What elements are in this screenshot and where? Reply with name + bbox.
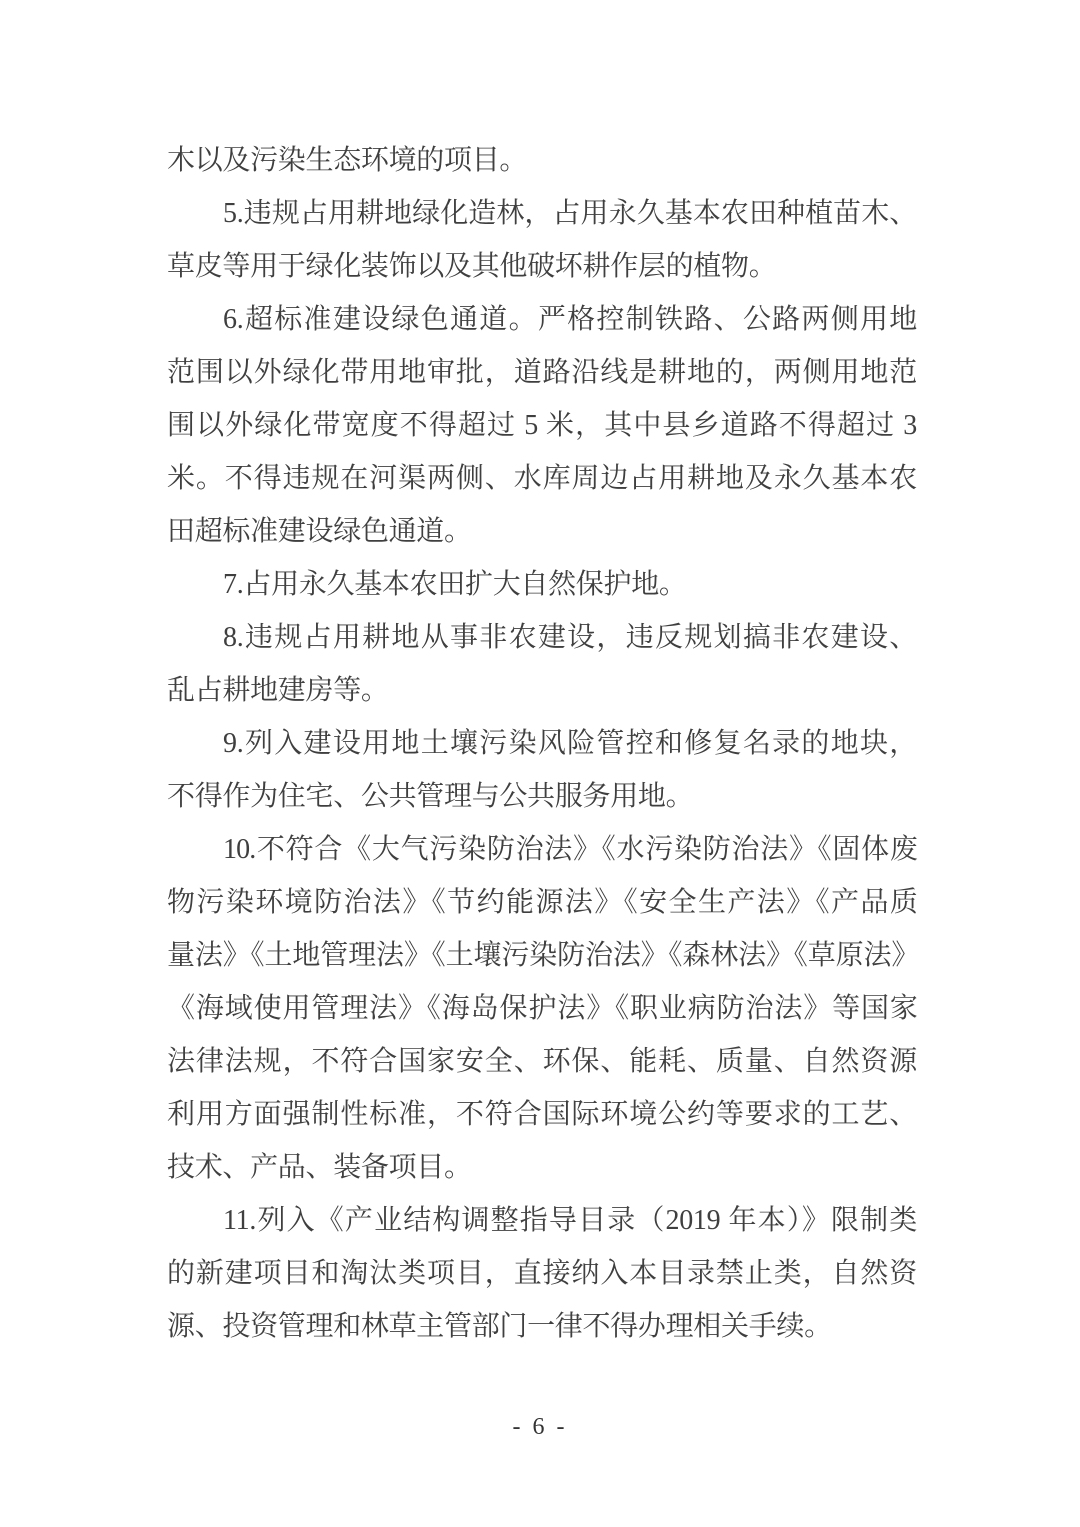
text-line: 源、投资管理和林草主管部门一律不得办理相关手续。 — [167, 1300, 917, 1353]
page-number: - 6 - — [0, 1404, 1080, 1450]
text-line: 物污染环境防治法》《节约能源法》《安全生产法》《产品质 — [167, 876, 917, 929]
text-line: 田超标准建设绿色通道。 — [167, 505, 917, 558]
document-body: 木以及污染生态环境的项目。5.违规占用耕地绿化造林，占用永久基本农田种植苗木、草… — [167, 134, 917, 1353]
text-line: 《海域使用管理法》《海岛保护法》《职业病防治法》等国家 — [167, 982, 917, 1035]
text-line: 的新建项目和淘汰类项目，直接纳入本目录禁止类，自然资 — [167, 1247, 917, 1300]
text-line: 7.占用永久基本农田扩大自然保护地。 — [167, 558, 917, 611]
text-line: 量法》《土地管理法》《土壤污染防治法》《森林法》《草原法》 — [167, 929, 917, 982]
text-line: 8.违规占用耕地从事非农建设，违反规划搞非农建设、 — [167, 611, 917, 664]
text-line: 草皮等用于绿化装饰以及其他破坏耕作层的植物。 — [167, 240, 917, 293]
text-line: 11.列入《产业结构调整指导目录（2019 年本）》限制类 — [167, 1194, 917, 1247]
text-line: 围以外绿化带宽度不得超过 5 米，其中县乡道路不得超过 3 — [167, 399, 917, 452]
document-page: 木以及污染生态环境的项目。5.违规占用耕地绿化造林，占用永久基本农田种植苗木、草… — [0, 0, 1080, 1527]
text-line: 范围以外绿化带用地审批，道路沿线是耕地的，两侧用地范 — [167, 346, 917, 399]
text-line: 技术、产品、装备项目。 — [167, 1141, 917, 1194]
text-line: 9.列入建设用地土壤污染风险管控和修复名录的地块， — [167, 717, 917, 770]
text-line: 5.违规占用耕地绿化造林，占用永久基本农田种植苗木、 — [167, 187, 917, 240]
text-line: 米。不得违规在河渠两侧、水库周边占用耕地及永久基本农 — [167, 452, 917, 505]
text-line: 利用方面强制性标准，不符合国际环境公约等要求的工艺、 — [167, 1088, 917, 1141]
text-line: 乱占耕地建房等。 — [167, 664, 917, 717]
text-line: 不得作为住宅、公共管理与公共服务用地。 — [167, 770, 917, 823]
text-line: 10.不符合《大气污染防治法》《水污染防治法》《固体废 — [167, 823, 917, 876]
text-line: 6.超标准建设绿色通道。严格控制铁路、公路两侧用地 — [167, 293, 917, 346]
text-line: 法律法规，不符合国家安全、环保、能耗、质量、自然资源 — [167, 1035, 917, 1088]
text-line: 木以及污染生态环境的项目。 — [167, 134, 917, 187]
